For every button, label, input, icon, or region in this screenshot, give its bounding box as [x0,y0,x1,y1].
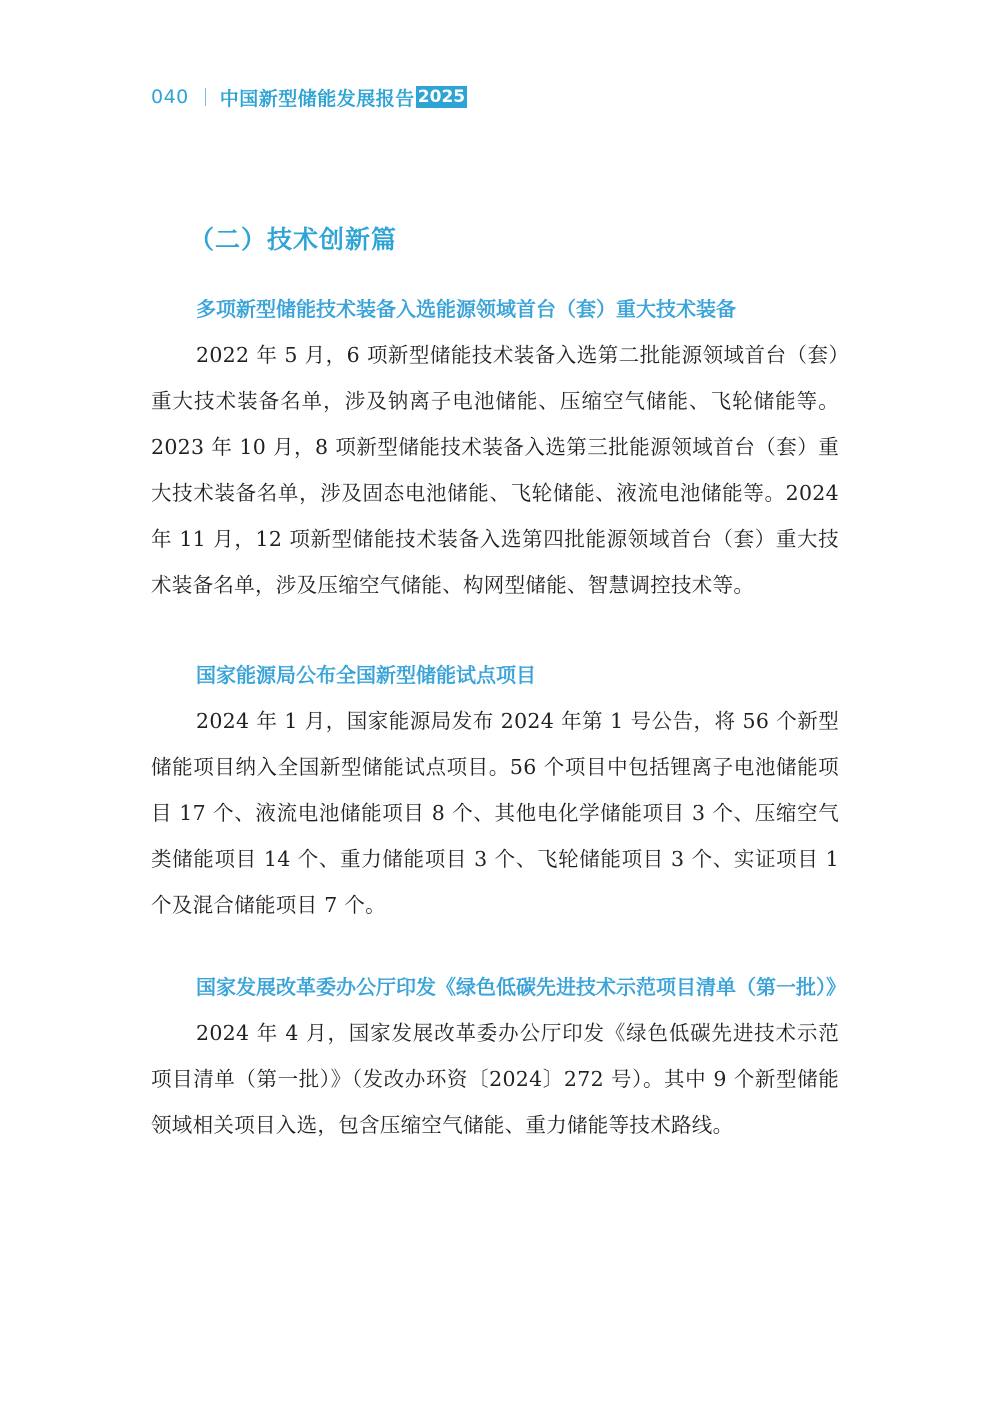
article-heading: 国家发展改革委办公厅印发《绿色低碳先进技术示范项目清单（第一批）》 [151,964,839,1010]
article-first-set-equipment: 多项新型储能技术装备入选能源领域首台（套）重大技术装备 2022 年 5 月，6… [151,286,839,608]
book-title: 中国新型储能发展报告 [220,84,415,111]
article-pilot-projects: 国家能源局公布全国新型储能试点项目 2024 年 1 月，国家能源局发布 202… [151,652,839,928]
article-body: 2024 年 4 月，国家发展改革委办公厅印发《绿色低碳先进技术示范项目清单（第… [151,1010,839,1148]
page-number: 040 [151,86,189,108]
header-divider [205,88,206,106]
article-heading: 国家能源局公布全国新型储能试点项目 [151,652,839,698]
article-body: 2024 年 1 月，国家能源局发布 2024 年第 1 号公告，将 56 个新… [151,698,839,928]
page-content: 多项新型储能技术装备入选能源领域首台（套）重大技术装备 2022 年 5 月，6… [151,286,839,1148]
article-green-lowcarbon-list: 国家发展改革委办公厅印发《绿色低碳先进技术示范项目清单（第一批）》 2024 年… [151,964,839,1148]
article-body: 2022 年 5 月，6 项新型储能技术装备入选第二批能源领域首台（套）重大技术… [151,332,839,608]
running-header: 040 中国新型储能发展报告 2025 [151,84,467,110]
article-heading: 多项新型储能技术装备入选能源领域首台（套）重大技术装备 [151,286,839,332]
spacer [151,928,839,964]
spacer [151,608,839,652]
section-title: （二）技术创新篇 [189,220,397,256]
book-year-badge: 2025 [416,86,467,108]
